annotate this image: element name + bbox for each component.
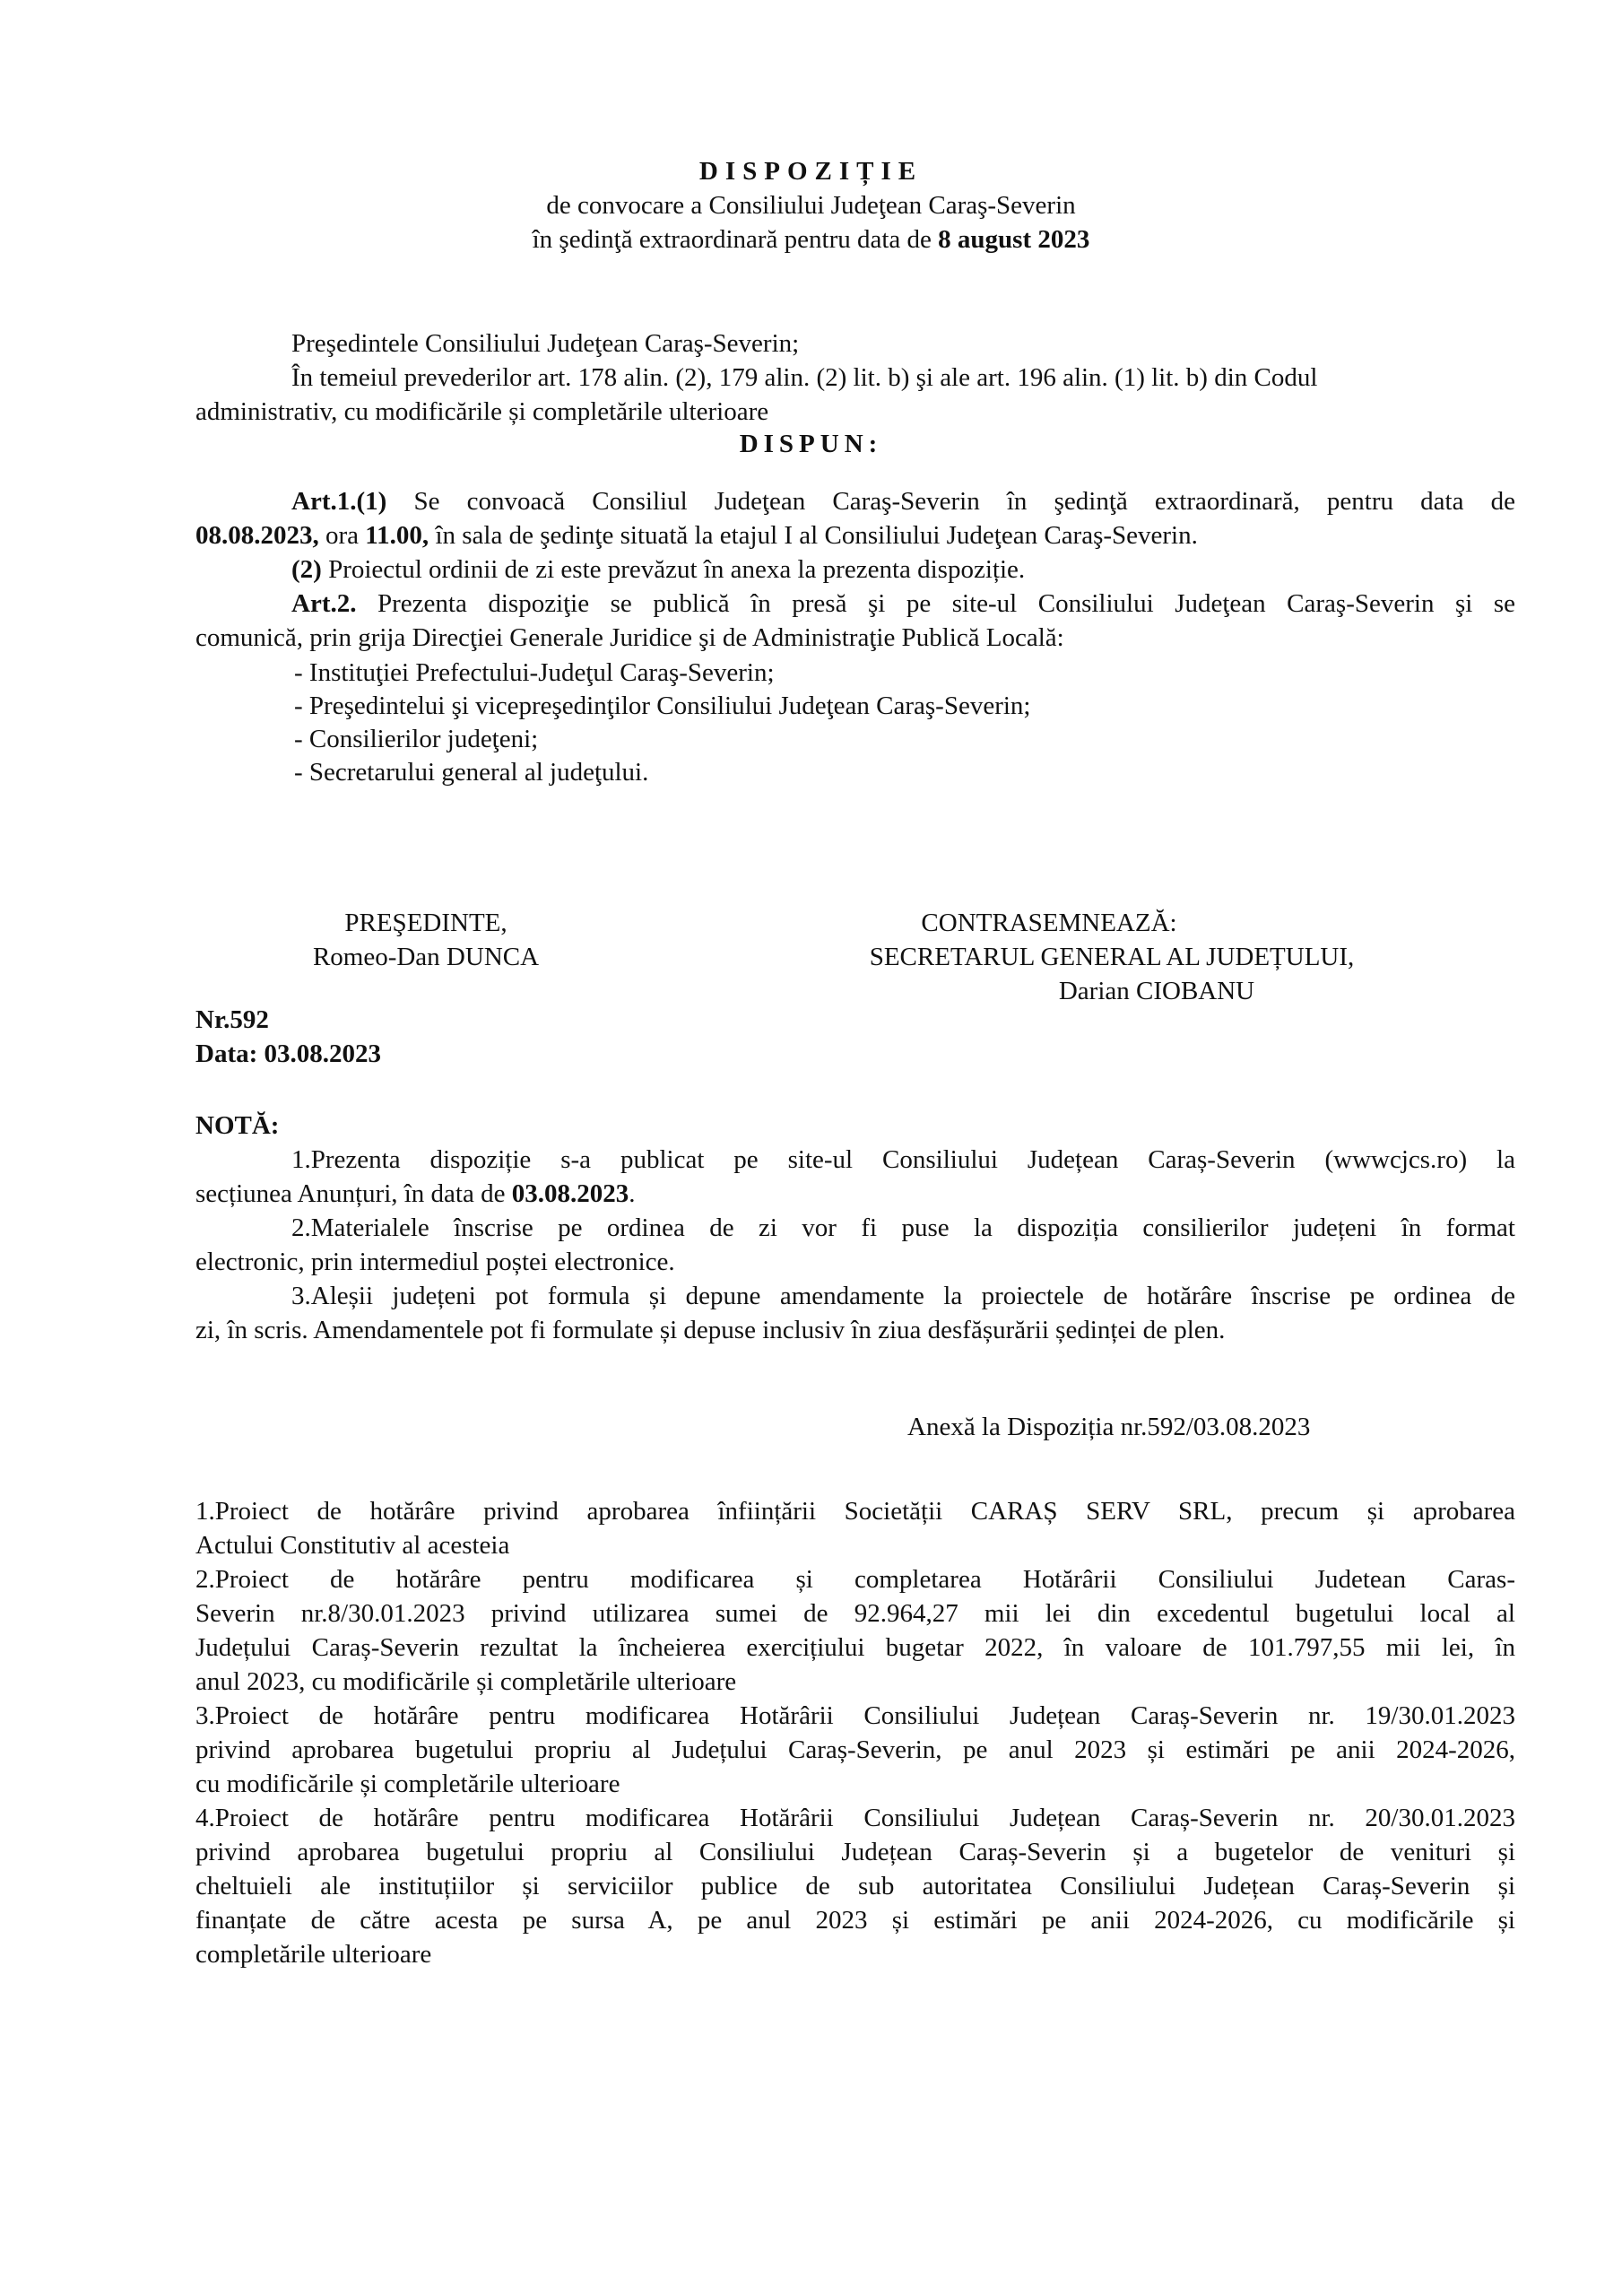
preamble-line-1: Preşedintele Consiliului Judeţean Caraş-… — [291, 326, 799, 361]
annex-item-3-line: cu modificările și completările ulterioa… — [195, 1767, 1515, 1801]
note-item-1-line-1: 1.Prezenta dispoziție s-a publicat pe si… — [195, 1143, 1515, 1177]
secretary-role: SECRETARUL GENERAL AL JUDEȚULUI, — [807, 940, 1417, 974]
annex-heading: Anexă la Dispoziția nr.592/03.08.2023 — [907, 1410, 1310, 1444]
article-1-para-1-line-1: Art.1.(1) Se convoacă Consiliul Judeţean… — [195, 484, 1515, 518]
president-name: Romeo-Dan DUNCA — [269, 940, 583, 974]
recipient-item: - Preşedintelui şi vicepreşedinţilor Con… — [294, 690, 1031, 723]
annex-item-2-line: 2.Proiect de hotărâre pentru modificarea… — [195, 1562, 1515, 1596]
recipient-item: - Instituţiei Prefectului-Judeţul Caraş-… — [294, 657, 1031, 690]
note-item-2-line-1: 2.Materialele înscrise pe ordinea de zi … — [195, 1211, 1515, 1245]
secretary-name: Darian CIOBANU — [897, 974, 1417, 1008]
note-heading: NOTĂ: — [195, 1109, 279, 1143]
annex-item-4-line: privind aprobarea bugetului propriu al C… — [195, 1835, 1515, 1869]
annex-item-4-line: cheltuieli ale instituțiilor și servicii… — [195, 1869, 1515, 1903]
recipient-item: - Consilierilor judeţeni; — [294, 723, 1031, 756]
countersign-title: CONTRASEMNEAZĂ: — [807, 906, 1291, 940]
preamble-line-2: În temeiul prevederilor art. 178 alin. (… — [291, 361, 1317, 395]
annex-item-1-line: Actului Constitutiv al acesteia — [195, 1528, 1515, 1562]
session-date: 8 august 2023 — [938, 225, 1089, 254]
document-date: Data: 03.08.2023 — [195, 1037, 381, 1071]
preamble-line-3: administrativ, cu modificările și comple… — [195, 395, 768, 429]
document-number: Nr.592 — [195, 1003, 269, 1037]
annex-item-4-line: 4.Proiect de hotărâre pentru modificarea… — [195, 1801, 1515, 1835]
article-1: Art.1.(1) Se convoacă Consiliul Judeţean… — [195, 484, 1515, 655]
note-block: 1.Prezenta dispoziție s-a publicat pe si… — [195, 1143, 1515, 1347]
annex-item-1-line: 1.Proiect de hotărâre privind aprobarea … — [195, 1494, 1515, 1528]
president-title: PREŞEDINTE, — [296, 906, 556, 940]
annex-item-4-line: finanțate de către acesta pe sursa A, pe… — [195, 1903, 1515, 1937]
annex-item-2-line: Județului Caraș-Severin rezultat la înch… — [195, 1631, 1515, 1665]
annex-item-2-line: anul 2023, cu modificările și completări… — [195, 1665, 1515, 1699]
article-2-line-2: comunică, prin grija Direcţiei Generale … — [195, 621, 1515, 655]
recipients-list: - Instituţiei Prefectului-Judeţul Caraş-… — [294, 657, 1031, 789]
article-2-line-1: Art.2. Prezenta dispoziţie se publică în… — [195, 587, 1515, 621]
document-subtitle: de convocare a Consiliului Judeţean Cara… — [0, 188, 1622, 222]
annex-item-4-line: completările ulterioare — [195, 1937, 1515, 1971]
note-item-1-line-2: secțiunea Anunțuri, în data de 03.08.202… — [195, 1177, 1515, 1211]
dispun-heading: DISPUN: — [0, 427, 1622, 461]
article-1-para-2: (2) Proiectul ordinii de zi este prevăzu… — [195, 552, 1515, 587]
annex-item-2-line: Severin nr.8/30.01.2023 privind utilizar… — [195, 1596, 1515, 1631]
note-item-3-line-1: 3.Aleșii județeni pot formula și depune … — [195, 1279, 1515, 1313]
document-page: DISPOZIȚIE de convocare a Consiliului Ju… — [0, 0, 1622, 2296]
annex-item-3-line: 3.Proiect de hotărâre pentru modificarea… — [195, 1699, 1515, 1733]
document-subtitle-date-line: în şedinţă extraordinară pentru data de … — [0, 222, 1622, 257]
note-item-3-line-2: zi, în scris. Amendamentele pot fi formu… — [195, 1313, 1515, 1347]
article-1-para-1-line-2: 08.08.2023, ora 11.00, în sala de şedinţ… — [195, 518, 1515, 552]
recipient-item: - Secretarului general al judeţului. — [294, 756, 1031, 789]
note-item-2-line-2: electronic, prin intermediul poștei elec… — [195, 1245, 1515, 1279]
annex-list: 1.Proiect de hotărâre privind aprobarea … — [195, 1494, 1515, 1971]
annex-item-3-line: privind aprobarea bugetului propriu al J… — [195, 1733, 1515, 1767]
document-title: DISPOZIȚIE — [0, 154, 1622, 188]
